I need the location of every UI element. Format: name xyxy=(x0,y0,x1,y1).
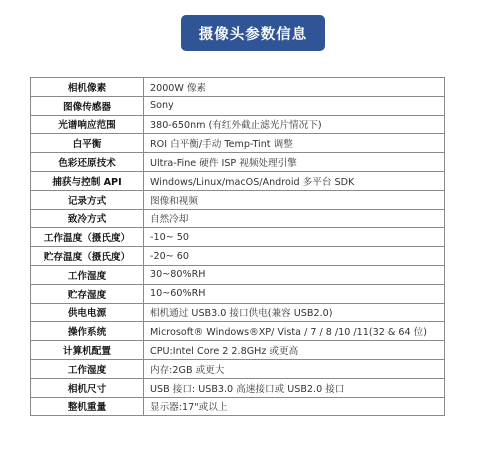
spec-label: 记录方式 xyxy=(31,190,144,209)
spec-label: 工作温度（摄氏度） xyxy=(31,228,144,247)
spec-value: 10~60%RH xyxy=(144,284,445,303)
table-row: 工作温度（摄氏度） -10~ 50 xyxy=(31,228,445,247)
table-row: 贮存湿度10~60%RH xyxy=(31,284,445,303)
spec-label: 色彩还原技术 xyxy=(31,153,144,172)
table-row: 相机像素2000W 像素 xyxy=(31,78,445,97)
table-row: 整机重量 显示器:17"或以上 xyxy=(31,397,445,416)
spec-label: 工作湿度 xyxy=(31,265,144,284)
spec-label: 计算机配置 xyxy=(31,341,144,360)
spec-value: 2000W 像素 xyxy=(144,78,445,97)
spec-label: 致冷方式 xyxy=(31,209,144,228)
spec-label: 贮存温度（摄氏度） xyxy=(31,247,144,266)
table-row: 操作系统Microsoft® Windows®XP/ Vista / 7 / 8… xyxy=(31,322,445,341)
spec-value: Windows/Linux/macOS/Android 多平台 SDK xyxy=(144,171,445,190)
spec-value: 30~80%RH xyxy=(144,265,445,284)
table-row: 相机尺寸 USB 接口: USB3.0 高速接口或 USB2.0 接口 xyxy=(31,378,445,397)
table-row: 色彩还原技术Ultra-Fine 硬件 ISP 视频处理引擎 xyxy=(31,153,445,172)
spec-value: 显示器:17"或以上 xyxy=(144,397,445,416)
spec-label: 供电电源 xyxy=(31,303,144,322)
spec-value: -10~ 50 xyxy=(144,228,445,247)
table-row: 图像传感器Sony xyxy=(31,96,445,115)
spec-label: 相机尺寸 xyxy=(31,378,144,397)
table-row: 白平衡ROI 白平衡/手动 Temp-Tint 调整 xyxy=(31,134,445,153)
spec-label: 相机像素 xyxy=(31,78,144,97)
table-row: 计算机配置CPU:Intel Core 2 2.8GHz 或更高 xyxy=(31,341,445,360)
spec-value: 相机通过 USB3.0 接口供电(兼容 USB2.0) xyxy=(144,303,445,322)
spec-label: 光谱响应范围 xyxy=(31,115,144,134)
table-row: 光谱响应范围380-650nm (有红外截止滤光片情况下) xyxy=(31,115,445,134)
table-row: 供电电源相机通过 USB3.0 接口供电(兼容 USB2.0) xyxy=(31,303,445,322)
spec-value: 内存:2GB 或更大 xyxy=(144,359,445,378)
table-row: 捕获与控制 APIWindows/Linux/macOS/Android 多平台… xyxy=(31,171,445,190)
spec-label: 工作湿度 xyxy=(31,359,144,378)
spec-value: ROI 白平衡/手动 Temp-Tint 调整 xyxy=(144,134,445,153)
spec-value: 380-650nm (有红外截止滤光片情况下) xyxy=(144,115,445,134)
spec-label: 捕获与控制 API xyxy=(31,171,144,190)
spec-value: Sony xyxy=(144,96,445,115)
spec-value: CPU:Intel Core 2 2.8GHz 或更高 xyxy=(144,341,445,360)
spec-value: -20~ 60 xyxy=(144,247,445,266)
spec-label: 图像传感器 xyxy=(31,96,144,115)
table-row: 工作湿度内存:2GB 或更大 xyxy=(31,359,445,378)
table-row: 工作湿度30~80%RH xyxy=(31,265,445,284)
spec-value: Ultra-Fine 硬件 ISP 视频处理引擎 xyxy=(144,153,445,172)
spec-table: 相机像素2000W 像素图像传感器Sony光谱响应范围380-650nm (有红… xyxy=(30,77,445,416)
spec-value: 自然冷却 xyxy=(144,209,445,228)
table-row: 贮存温度（摄氏度） -20~ 60 xyxy=(31,247,445,266)
spec-label: 整机重量 xyxy=(31,397,144,416)
table-row: 致冷方式自然冷却 xyxy=(31,209,445,228)
spec-label: 操作系统 xyxy=(31,322,144,341)
spec-value: Microsoft® Windows®XP/ Vista / 7 / 8 /10… xyxy=(144,322,445,341)
spec-label: 贮存湿度 xyxy=(31,284,144,303)
spec-value: 图像和视频 xyxy=(144,190,445,209)
spec-value: USB 接口: USB3.0 高速接口或 USB2.0 接口 xyxy=(144,378,445,397)
page-title: 摄像头参数信息 xyxy=(181,15,325,51)
table-row: 记录方式图像和视频 xyxy=(31,190,445,209)
spec-label: 白平衡 xyxy=(31,134,144,153)
